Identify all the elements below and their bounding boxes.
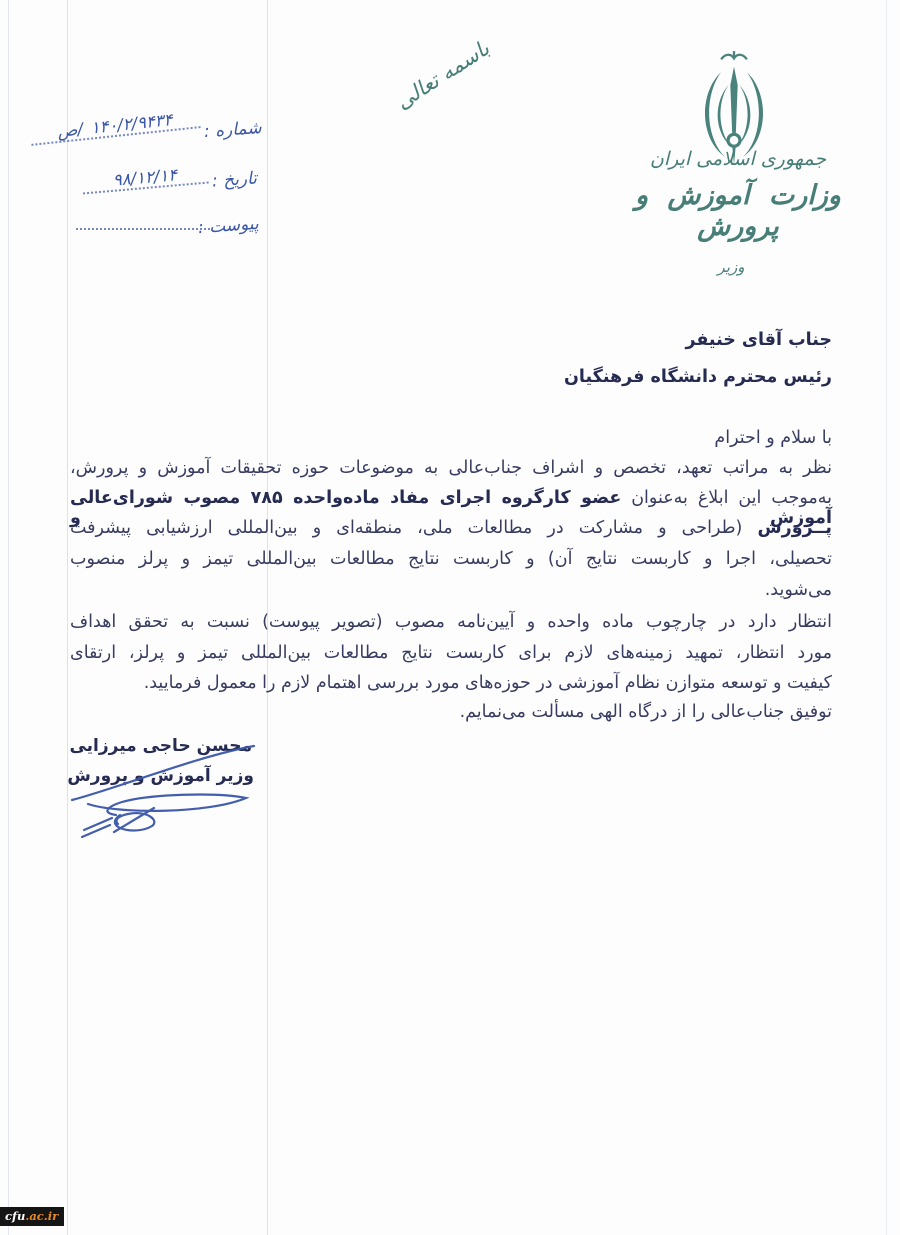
ref-number-value: ص/ ۱۴۰/۲/۹۴۳۴	[29, 107, 200, 146]
ref-number-label: شماره :	[203, 118, 262, 142]
letterhead-office-line: وزیر	[693, 258, 769, 276]
letterhead-ministry-line: وزارت آموزش و پرورش	[590, 180, 886, 242]
salutation-line: با سلام و احترام	[70, 428, 832, 448]
site-watermark: cfu.ac.ir	[0, 1207, 64, 1226]
recipient-title: رئیس محترم دانشگاه فرهنگیان	[564, 367, 832, 387]
scan-artifact-line	[67, 0, 68, 1235]
ref-number-digits: ۱۴۰/۲/۹۴۳۴	[90, 110, 174, 137]
body-line: پــرورش (طراحی و مشارکت در مطالعات ملی، …	[70, 518, 832, 538]
body-text-segment: (طراحی و مشارکت در مطالعات ملی، منطقه‌ای…	[70, 518, 757, 538]
recipient-name: جناب آقای خنیفر	[685, 330, 832, 350]
ref-attachment-blank-line	[76, 210, 210, 230]
handwritten-signature	[58, 738, 268, 838]
ref-date-digits: ۹۸/۱۲/۱۴	[112, 165, 178, 190]
scanned-letter-page: باسمه تعالی جمهوری اسلامی ایران وزارت آم…	[0, 0, 900, 1235]
ref-number-prefix: ص/	[56, 119, 83, 141]
body-line: می‌شوید.	[70, 580, 832, 600]
body-line: تحصیلی، اجرا و کاربست نتایج آن) و کاربست…	[70, 549, 832, 569]
body-bold-segment: پــرورش	[757, 518, 832, 538]
body-line: توفیق جناب‌عالی را از درگاه الهی مسألت م…	[70, 702, 832, 722]
body-line: نظر به مراتب تعهد، تخصص و اشراف جناب‌عال…	[70, 458, 832, 478]
letterhead-country-line: جمهوری اسلامی ایران	[600, 148, 876, 170]
ref-date-label: تاریخ :	[211, 168, 257, 191]
body-line: انتظار دارد در چارچوب ماده واحده و آیین‌…	[70, 612, 832, 632]
watermark-suffix: .ac.ir	[25, 1209, 58, 1223]
watermark-prefix: cfu	[5, 1209, 25, 1223]
body-text-segment: به‌موجب این ابلاغ به‌عنوان	[621, 488, 832, 508]
scan-artifact-line	[8, 0, 9, 1235]
body-line: کیفیت و توسعه متوازن نظام آموزشی در حوزه…	[70, 673, 832, 693]
body-line: مورد انتظار، تمهید زمینه‌های لازم برای ک…	[70, 643, 832, 663]
bismillah-calligraphy: باسمه تعالی	[391, 36, 493, 114]
ref-date-value: ۹۸/۱۲/۱۴	[81, 163, 208, 195]
scan-artifact-line	[886, 0, 887, 1235]
